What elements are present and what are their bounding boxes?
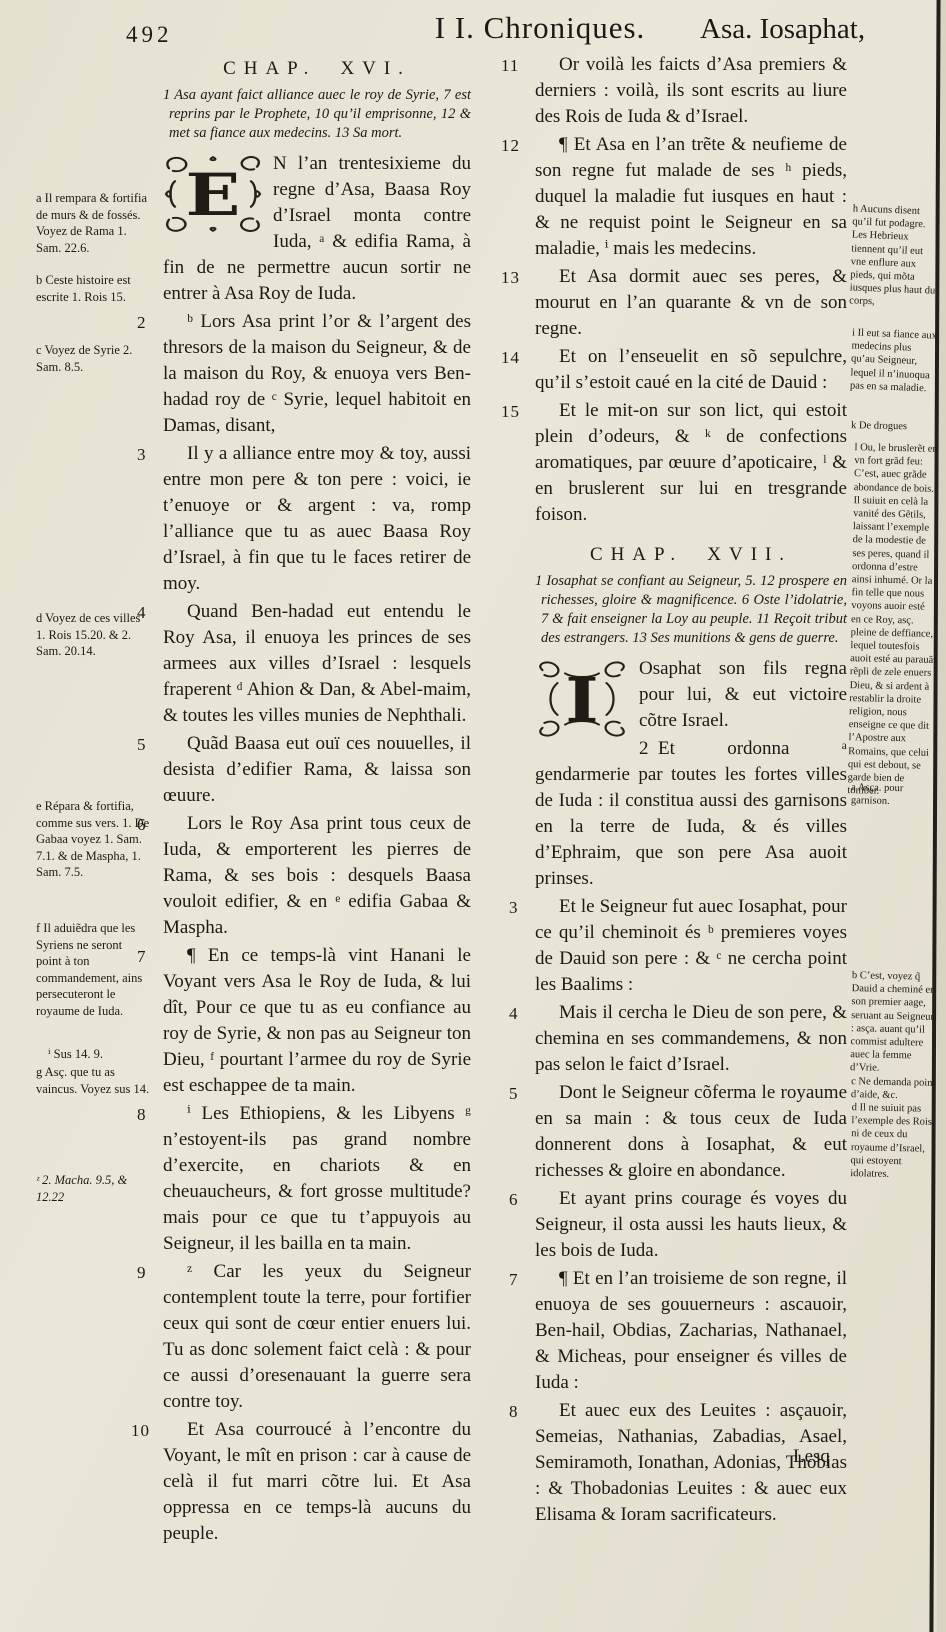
dropcap-letter: I <box>565 665 598 736</box>
verse-16-5: 5Quãd Baasa eut ouï ces nouuelles, il de… <box>163 731 471 809</box>
catchword: Lesq <box>793 1446 830 1468</box>
verse-text: ⁱ Les Ethiopiens, & les Libyens ᵍ n’esto… <box>163 1103 471 1254</box>
verse-number: 6 <box>509 1187 533 1213</box>
margin-note-f: f Il aduiẽdra que les Syriens ne seront … <box>36 920 150 1019</box>
verse-17-5: 5Dont le Seigneur cõferma le royaume en … <box>535 1080 847 1184</box>
verse-text: Et le Seigneur fut auec Iosaphat, pour c… <box>535 896 847 995</box>
verse-number: 7 <box>509 1267 533 1293</box>
verse-text: Dont le Seigneur cõferma le royaume en s… <box>535 1082 847 1181</box>
left-column: CHAP. XVI. 1 Asa ayant faict alliance au… <box>163 56 471 1547</box>
verse-number: 11 <box>501 53 525 79</box>
verse-text: ¶ Et en l’an troisieme de son regne, il … <box>535 1268 847 1393</box>
verse-17-1: I Osaphat son fils regna pour lui, & eut… <box>535 656 847 734</box>
verse-text: Et Asa courroucé à l’encontre du Voyant,… <box>163 1419 471 1544</box>
verse-number: 9 <box>137 1260 161 1286</box>
chapter-16-argument: 1 Asa ayant faict alliance auec le roy d… <box>169 86 471 143</box>
verse-17-7: 7¶ Et en l’an troisieme de son regne, il… <box>535 1266 847 1396</box>
verse-text: Et ayant prins courage és voyes du Seign… <box>535 1188 847 1261</box>
verse-text: ¶ Et Asa en l’an trẽte & neufieme de son… <box>535 134 847 259</box>
chapter-17-block: CHAP. XVII. 1 Iosaphat se confiant au Se… <box>535 542 847 1528</box>
margin-note-e: e Répara & fortifia, comme sus vers. 1. … <box>36 798 150 881</box>
verse-number: 5 <box>509 1081 533 1107</box>
chapter-17-argument: 1 Iosaphat se confiant au Seigneur, 5. 1… <box>541 572 847 648</box>
verse-text: Lors le Roy Asa print tous ceux de Iuda,… <box>163 813 471 938</box>
margin-note-b2: b C’est, voyez q̃ Dauid a cheminé en son… <box>850 969 938 1076</box>
verse-16-9: 9ᶻ Car les yeux du Seigneur contemplent … <box>163 1259 471 1415</box>
verse-number: 8 <box>137 1102 161 1128</box>
verse-16-12: 12¶ Et Asa en l’an trẽte & neufieme de s… <box>535 132 847 262</box>
margin-note-sus: ⁱ Sus 14. 9. <box>36 1046 162 1063</box>
verse-text: Or voilà les faicts d’Asa premiers & der… <box>535 54 847 127</box>
margin-note-macha: ᶻ 2. Macha. 9.5, & 12.22 <box>36 1172 150 1205</box>
verse-16-10: 10Et Asa courroucé à l’encontre du Voyan… <box>163 1417 471 1547</box>
verse-text: Et le mit-on sur son lict, qui estoit pl… <box>535 400 847 525</box>
verse-16-13: 13Et Asa dormit auec ses peres, & mourut… <box>535 264 847 342</box>
verse-text: ¶ En ce temps-là vint Hanani le Voyant v… <box>163 945 471 1096</box>
verse-16-4: 4Quand Ben-hadad eut entendu le Roy Asa,… <box>163 599 471 729</box>
verse-number: 7 <box>137 944 161 970</box>
margin-note-d: d Voyez de ces villes 1. Rois 15.20. & 2… <box>36 610 150 660</box>
margin-note-a2: a Asça. pour garnison. <box>851 781 938 809</box>
verse-number: 3 <box>137 442 161 468</box>
chapter-17-heading: CHAP. XVII. <box>535 542 847 568</box>
margin-note-g: g Asç. que tu as vaincus. Voyez sus 14. <box>36 1064 150 1097</box>
verse-16-3: 3Il y a alliance entre moy & toy, aussi … <box>163 441 471 597</box>
verse-number: 6 <box>137 812 161 838</box>
verse-number: 13 <box>501 265 525 291</box>
running-head: Asa. Iosaphat, <box>700 13 920 46</box>
verse-text: Osaphat son fils regna pour lui, & eut v… <box>639 658 847 731</box>
margin-note-i: i Il eut sa fiance aux medecins plus qu’… <box>850 326 938 395</box>
page-number: 492 <box>126 22 173 48</box>
verse-number: 5 <box>137 732 161 758</box>
verse-number: 10 <box>131 1418 155 1444</box>
dropcap-letter: E <box>186 162 241 229</box>
margin-note-c2: c Ne demanda point d’aide, &c. <box>851 1075 938 1103</box>
verse-text: ᶻ Car les yeux du Seigneur contemplent t… <box>163 1261 471 1412</box>
verse-text: Mais il cercha le Dieu de son pere, & ch… <box>535 1002 847 1075</box>
verse-16-6: 6Lors le Roy Asa print tous ceux de Iuda… <box>163 811 471 941</box>
verse-16-8: 8ⁱ Les Ethiopiens, & les Libyens ᵍ n’est… <box>163 1101 471 1257</box>
margin-note-d2: d Il ne suiuit pas l’exemple des Rois, n… <box>850 1101 938 1182</box>
verse-text: Quãd Baasa eut ouï ces nouuelles, il des… <box>163 733 471 806</box>
chapter-16-heading: CHAP. XVI. <box>163 56 471 82</box>
verse-text: ᵇ Lors Asa print l’or & l’argent des thr… <box>163 311 471 436</box>
verse-text: Et Asa dormit auec ses peres, & mourut e… <box>535 266 847 339</box>
margin-note-h: h Aucuns disent qu’il fut podagre. Les H… <box>849 202 939 311</box>
verse-number: 8 <box>509 1399 533 1425</box>
dropcap-initial-i: I <box>535 659 629 739</box>
margin-note-a: a Il rempara & fortifia de murs & de fos… <box>36 190 150 256</box>
margin-note-k: k De drogues <box>851 419 937 434</box>
verse-text: Et on l’enseuelit en sõ sepulchre, qu’il… <box>535 346 847 393</box>
verse-number: 4 <box>137 600 161 626</box>
verse-text: 2 Et ordonna ᵃ gendarmerie par toutes le… <box>535 738 847 889</box>
verse-16-2: 2ᵇ Lors Asa print l’or & l’argent des th… <box>163 309 471 439</box>
verse-number: 3 <box>509 895 533 921</box>
book-title: I I. Chroniques. <box>400 10 680 46</box>
verse-16-15: 15Et le mit-on sur son lict, qui estoit … <box>535 398 847 528</box>
margin-note-c: c Voyez de Syrie 2. Sam. 8.5. <box>36 342 150 375</box>
margin-note-l: l Ou, le bruslerẽt en vn fort grãd feu: … <box>847 441 940 799</box>
dropcap-initial-e: E <box>163 154 263 234</box>
verse-16-11: 11Or voilà les faicts d’Asa premiers & d… <box>535 52 847 130</box>
verse-17-6: 6Et ayant prins courage és voyes du Seig… <box>535 1186 847 1264</box>
verse-17-3: 3Et le Seigneur fut auec Iosaphat, pour … <box>535 894 847 998</box>
verse-17-4: 4Mais il cercha le Dieu de son pere, & c… <box>535 1000 847 1078</box>
right-column: 11Or voilà les faicts d’Asa premiers & d… <box>535 50 847 1528</box>
verse-number: 15 <box>501 399 525 425</box>
verse-16-14: 14Et on l’enseuelit en sõ sepulchre, qu’… <box>535 344 847 396</box>
margin-note-b: b Ceste histoire est escrite 1. Rois 15. <box>36 272 150 305</box>
verse-17-2: 2 Et ordonna ᵃ gendarmerie par toutes le… <box>535 736 847 892</box>
verse-text: Quand Ben-hadad eut entendu le Roy Asa, … <box>163 601 471 726</box>
verse-number: 4 <box>509 1001 533 1027</box>
verse-number: 12 <box>501 133 525 159</box>
verse-16-1: E N l’an trentesixieme du regne d’Asa, B… <box>163 151 471 307</box>
verse-16-7: 7¶ En ce temps-là vint Hanani le Voyant … <box>163 943 471 1099</box>
verse-text: Il y a alliance entre moy & toy, aussi e… <box>163 443 471 594</box>
verse-number: 2 <box>137 310 161 336</box>
verse-number: 14 <box>501 345 525 371</box>
